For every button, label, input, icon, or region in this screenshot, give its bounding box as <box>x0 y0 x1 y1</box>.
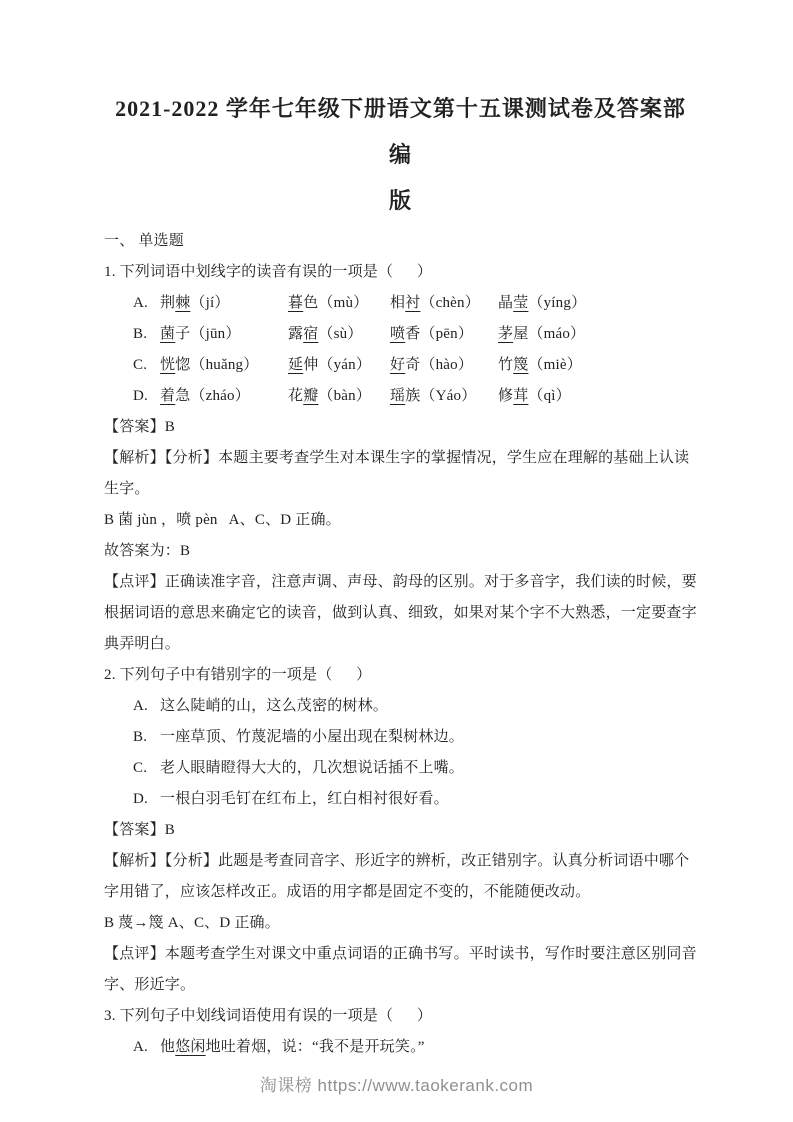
comment-1: 【点评】正确读准字音，注意声调、声母、韵母的区别。对于多音字，我们读的时候，要根… <box>104 567 697 660</box>
answer-2: 【答案】B <box>104 815 697 846</box>
text-run: 香（pēn） <box>405 326 473 342</box>
exam-title-line1: 2021-2022 学年七年级下册语文第十五课测试卷及答案部编 <box>104 86 697 178</box>
text-run: （jí） <box>190 295 229 311</box>
underlined-text: 延 <box>288 357 303 373</box>
option-label: A. <box>133 1032 160 1063</box>
text-run: 一座草顶、竹蔑泥墙的小屋出现在梨树林边。 <box>160 729 464 745</box>
word-item: 恍惚（huǎng） <box>160 350 288 381</box>
option-line: A.这么陡峭的山，这么茂密的树林。 <box>104 691 697 722</box>
word-item: 着急（zháo） <box>160 381 288 412</box>
underlined-text: 恍 <box>160 357 175 373</box>
option-label: C. <box>133 350 160 381</box>
underlined-text: 莹 <box>513 295 528 311</box>
question-2-stem: 2. 下列句子中有错别字的一项是（ ） <box>104 660 697 691</box>
text-run: 这么陡峭的山，这么茂密的树林。 <box>160 698 388 714</box>
analysis-2: 【解析】【分析】此题是考查同音字、形近字的辨析，改正错别字。认真分析词语中哪个字… <box>104 846 697 908</box>
underlined-text: 棘 <box>175 295 190 311</box>
option-line: D.一根白羽毛钉在红布上，红白相衬很好看。 <box>104 784 697 815</box>
document-body: 一、 单选题1. 下列词语中划线字的读音有误的一项是（ ）A.荆棘（jí）暮色（… <box>104 226 697 1063</box>
option-line: C.老人眼睛瞪得大大的，几次想说话插不上嘴。 <box>104 753 697 784</box>
document-page: 2021-2022 学年七年级下册语文第十五课测试卷及答案部编 版 一、 单选题… <box>0 0 793 1122</box>
word-item: 荆棘（jí） <box>160 288 288 319</box>
text-run: （bàn） <box>318 388 371 404</box>
word-item: 茅屋（máo） <box>498 319 697 350</box>
text-run: 晶 <box>498 295 513 311</box>
option-text: 老人眼睛瞪得大大的，几次想说话插不上嘴。 <box>160 753 697 784</box>
text-run: 色（mù） <box>303 295 368 311</box>
text-run: （miè） <box>528 357 582 373</box>
option-text: 这么陡峭的山，这么茂密的树林。 <box>160 691 697 722</box>
text-run: （qì） <box>528 388 570 404</box>
word-option-row: D.着急（zháo）花瓣（bàn）瑶族（Yáo）修茸（qì） <box>104 381 697 412</box>
text-run: （chèn） <box>420 295 480 311</box>
underlined-text: 喷 <box>390 326 405 342</box>
word-item: 好奇（hào） <box>390 350 498 381</box>
word-item: 竹篾（miè） <box>498 350 697 381</box>
option-label: D. <box>133 381 160 412</box>
text-run: 相 <box>390 295 405 311</box>
text-run: 修 <box>498 388 513 404</box>
underlined-text: 宿 <box>303 326 318 342</box>
word-option-row: C.恍惚（huǎng）延伸（yán）好奇（hào）竹篾（miè） <box>104 350 697 381</box>
option-label: C. <box>133 753 160 784</box>
underlined-text: 好 <box>390 357 405 373</box>
word-item: 晶莹（yíng） <box>498 288 697 319</box>
option-label: B. <box>133 722 160 753</box>
underlined-text: 篾 <box>513 357 528 373</box>
analysis-1-detail: B 菌 jùn ，喷 pèn A、C、D 正确。 <box>104 505 697 536</box>
conclusion-1: 故答案为：B <box>104 536 697 567</box>
underlined-text: 暮 <box>288 295 303 311</box>
underlined-text: 瑶 <box>390 388 405 404</box>
underlined-text: 着 <box>160 388 175 404</box>
word-item: 相衬（chèn） <box>390 288 498 319</box>
option-text: 一根白羽毛钉在红布上，红白相衬很好看。 <box>160 784 697 815</box>
word-item: 喷香（pēn） <box>390 319 498 350</box>
section-heading: 一、 单选题 <box>104 226 697 257</box>
text-run: 奇（hào） <box>405 357 473 373</box>
question-3-stem: 3. 下列句子中划线词语使用有误的一项是（ ） <box>104 1001 697 1032</box>
option-line: B.一座草顶、竹蔑泥墙的小屋出现在梨树林边。 <box>104 722 697 753</box>
text-run: 子（jūn） <box>175 326 240 342</box>
text-run: 族（Yáo） <box>405 388 476 404</box>
option-label: A. <box>133 288 160 319</box>
text-run: 急（zháo） <box>175 388 250 404</box>
underlined-text: 悠闲 <box>175 1039 205 1055</box>
analysis-2-detail: B 蔑→篾 A、C、D 正确。 <box>104 908 697 939</box>
exam-title: 2021-2022 学年七年级下册语文第十五课测试卷及答案部编 版 <box>104 86 697 224</box>
underlined-text: 茅 <box>498 326 513 342</box>
text-run: 荆 <box>160 295 175 311</box>
text-run: 伸（yán） <box>303 357 371 373</box>
comment-2: 【点评】本题考查学生对课文中重点词语的正确书写。平时读书，写作时要注意区别同音字… <box>104 939 697 1001</box>
text-run: 惚（huǎng） <box>175 357 258 373</box>
word-item: 露宿（sù） <box>288 319 390 350</box>
underlined-text: 菌 <box>160 326 175 342</box>
text-run: 老人眼睛瞪得大大的，几次想说话插不上嘴。 <box>160 760 464 776</box>
option-line: A.他悠闲地吐着烟，说：“我不是开玩笑。” <box>104 1032 697 1063</box>
text-run: 地吐着烟，说：“我不是开玩笑。” <box>206 1039 425 1055</box>
word-item: 暮色（mù） <box>288 288 390 319</box>
text-run: （sù） <box>318 326 362 342</box>
footer-credit: 淘课榜 https://www.taokerank.com <box>0 1071 793 1096</box>
word-item: 菌子（jūn） <box>160 319 288 350</box>
text-run: （yíng） <box>528 295 586 311</box>
option-text: 一座草顶、竹蔑泥墙的小屋出现在梨树林边。 <box>160 722 697 753</box>
exam-title-line2: 版 <box>104 178 697 224</box>
text-run: 一根白羽毛钉在红布上，红白相衬很好看。 <box>160 791 449 807</box>
question-1-stem: 1. 下列词语中划线字的读音有误的一项是（ ） <box>104 257 697 288</box>
text-run: 屋（máo） <box>513 326 585 342</box>
option-label: D. <box>133 784 160 815</box>
word-item: 延伸（yán） <box>288 350 390 381</box>
option-label: A. <box>133 691 160 722</box>
word-item: 花瓣（bàn） <box>288 381 390 412</box>
option-text: 他悠闲地吐着烟，说：“我不是开玩笑。” <box>160 1032 697 1063</box>
word-item: 修茸（qì） <box>498 381 697 412</box>
text-run: 竹 <box>498 357 513 373</box>
underlined-text: 瓣 <box>303 388 318 404</box>
word-option-row: A.荆棘（jí）暮色（mù）相衬（chèn）晶莹（yíng） <box>104 288 697 319</box>
option-label: B. <box>133 319 160 350</box>
text-run: 露 <box>288 326 303 342</box>
underlined-text: 衬 <box>405 295 420 311</box>
answer-1: 【答案】B <box>104 412 697 443</box>
word-item: 瑶族（Yáo） <box>390 381 498 412</box>
text-run: 他 <box>160 1039 175 1055</box>
analysis-1: 【解析】【分析】本题主要考查学生对本课生字的掌握情况，学生应在理解的基础上认读生… <box>104 443 697 505</box>
text-run: 花 <box>288 388 303 404</box>
word-option-row: B.菌子（jūn）露宿（sù）喷香（pēn）茅屋（máo） <box>104 319 697 350</box>
underlined-text: 茸 <box>513 388 528 404</box>
